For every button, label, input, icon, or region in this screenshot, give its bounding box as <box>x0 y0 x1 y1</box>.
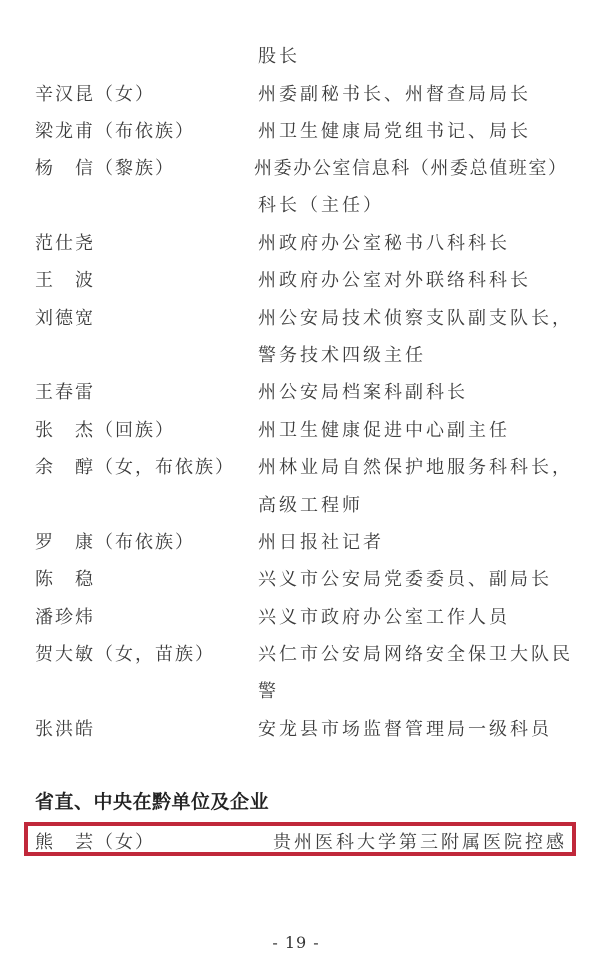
list-row: 罗 康（布依族） 州日报社记者 <box>0 528 592 565</box>
person-name: 刘德宽 <box>35 304 95 330</box>
person-name: 王春雷 <box>35 378 95 404</box>
person-title: 州林业局自然保护地服务科科长， <box>258 453 573 479</box>
list-row: 潘珍炜 兴义市政府办公室工作人员 <box>0 603 592 640</box>
highlighted-person-title: 贵州医科大学第三附属医院控感 <box>273 828 567 854</box>
list-row: 余 醇（女，布依族） 州林业局自然保护地服务科科长， <box>0 453 592 490</box>
person-name: 张 杰（回族） <box>35 416 175 442</box>
person-name: 王 波 <box>35 266 95 292</box>
person-title: 兴义市公安局党委委员、副局长 <box>258 565 552 591</box>
person-name: 陈 稳 <box>35 565 95 591</box>
list-row: 梁龙甫（布依族） 州卫生健康局党组书记、局长 <box>0 117 592 154</box>
person-title: 州卫生健康促进中心副主任 <box>258 416 510 442</box>
list-row: 张 杰（回族） 州卫生健康促进中心副主任 <box>0 416 592 453</box>
list-row: 陈 稳 兴义市公安局党委委员、副局长 <box>0 565 592 602</box>
person-name: 杨 信（黎族） <box>35 154 175 180</box>
person-title: 州政府办公室秘书八科科长 <box>258 229 510 255</box>
list-row: 刘德宽 州公安局技术侦察支队副支队长， <box>0 304 592 341</box>
person-title: 高级工程师 <box>258 491 363 517</box>
list-row: 警 <box>0 677 592 714</box>
highlighted-person-name: 熊 芸（女） <box>35 828 155 854</box>
person-name: 贺大敏（女，苗族） <box>35 640 215 666</box>
person-name: 梁龙甫（布依族） <box>35 117 195 143</box>
person-title: 科长（主任） <box>258 191 384 217</box>
person-name: 范仕尧 <box>35 229 95 255</box>
person-title: 州委办公室信息科（州委总值班室） <box>254 154 568 180</box>
list-row: 高级工程师 <box>0 491 592 528</box>
list-row: 股长 <box>0 42 592 79</box>
list-row: 王春雷 州公安局档案科副科长 <box>0 378 592 415</box>
person-name: 张洪皓 <box>35 715 95 741</box>
list-row: 张洪皓 安龙县市场监督管理局一级科员 <box>0 715 592 752</box>
list-row: 辛汉昆（女） 州委副秘书长、州督查局局长 <box>0 80 592 117</box>
person-title: 州政府办公室对外联络科科长 <box>258 266 531 292</box>
person-title: 州委副秘书长、州督查局局长 <box>258 80 531 106</box>
person-name: 辛汉昆（女） <box>35 80 155 106</box>
list-row: 杨 信（黎族） 州委办公室信息科（州委总值班室） <box>0 154 592 191</box>
list-row: 贺大敏（女，苗族） 兴仁市公安局网络安全保卫大队民 <box>0 640 592 677</box>
person-name: 罗 康（布依族） <box>35 528 195 554</box>
person-title: 州公安局档案科副科长 <box>258 378 468 404</box>
list-row: 科长（主任） <box>0 191 592 228</box>
person-title: 兴仁市公安局网络安全保卫大队民 <box>258 640 573 666</box>
person-title: 州公安局技术侦察支队副支队长， <box>258 304 573 330</box>
person-name: 余 醇（女，布依族） <box>35 453 235 479</box>
person-name: 潘珍炜 <box>35 603 95 629</box>
list-row: 警务技术四级主任 <box>0 341 592 378</box>
person-title: 股长 <box>258 42 300 68</box>
person-title: 州卫生健康局党组书记、局长 <box>258 117 531 143</box>
list-row: 范仕尧 州政府办公室秘书八科科长 <box>0 229 592 266</box>
list-row: 王 波 州政府办公室对外联络科科长 <box>0 266 592 303</box>
person-title: 警 <box>258 677 279 703</box>
person-title: 州日报社记者 <box>258 528 384 554</box>
page-number: - 19 - <box>0 933 592 952</box>
person-title: 警务技术四级主任 <box>258 341 426 367</box>
section-heading: 省直、中央在黔单位及企业 <box>35 787 269 814</box>
person-title: 兴义市政府办公室工作人员 <box>258 603 510 629</box>
person-title: 安龙县市场监督管理局一级科员 <box>258 715 552 741</box>
